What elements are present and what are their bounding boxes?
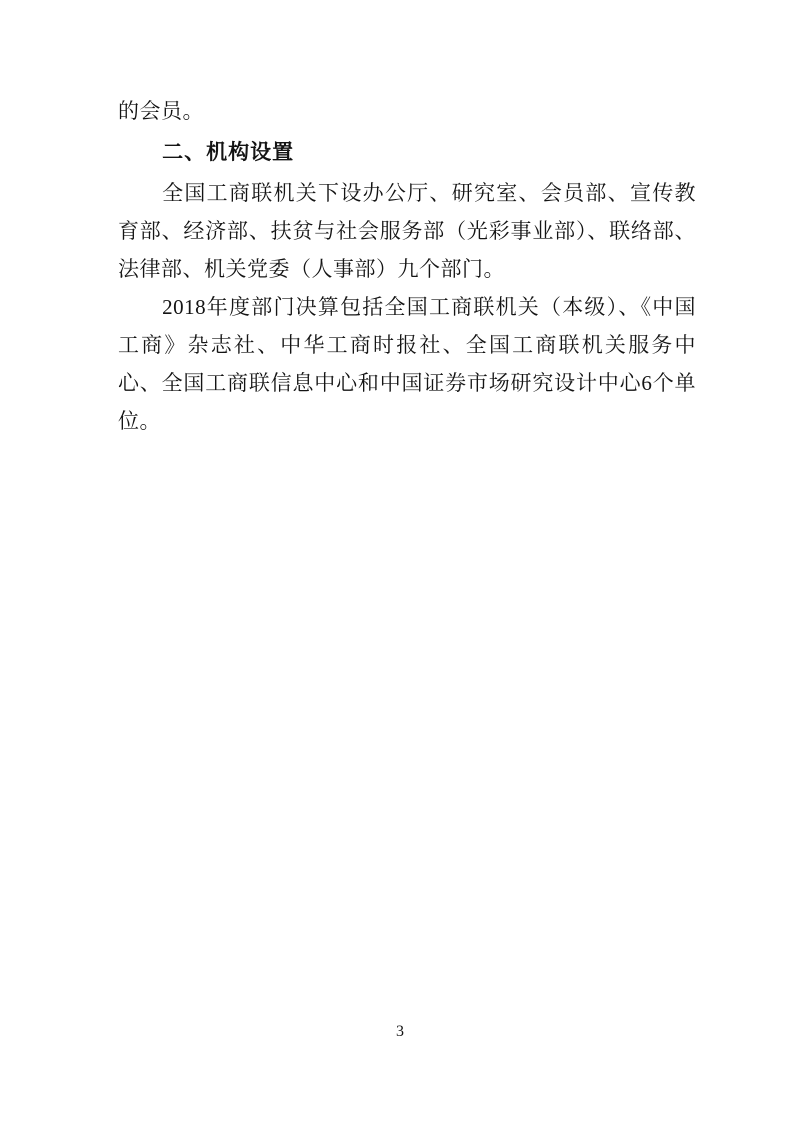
paragraph-budget-units: 2018年度部门决算包括全国工商联机关（本级）、《中国工商》杂志社、中华工商时报… — [118, 288, 696, 440]
page-number: 3 — [0, 1022, 800, 1042]
document-body: 的会员。 二、机构设置 全国工商联机关下设办公厅、研究室、会员部、宣传教育部、经… — [118, 92, 696, 440]
document-page: 的会员。 二、机构设置 全国工商联机关下设办公厅、研究室、会员部、宣传教育部、经… — [0, 0, 800, 1131]
section-heading: 二、机构设置 — [118, 134, 696, 172]
paragraph-departments: 全国工商联机关下设办公厅、研究室、会员部、宣传教育部、经济部、扶贫与社会服务部（… — [118, 174, 696, 288]
continuation-line: 的会员。 — [118, 92, 696, 130]
